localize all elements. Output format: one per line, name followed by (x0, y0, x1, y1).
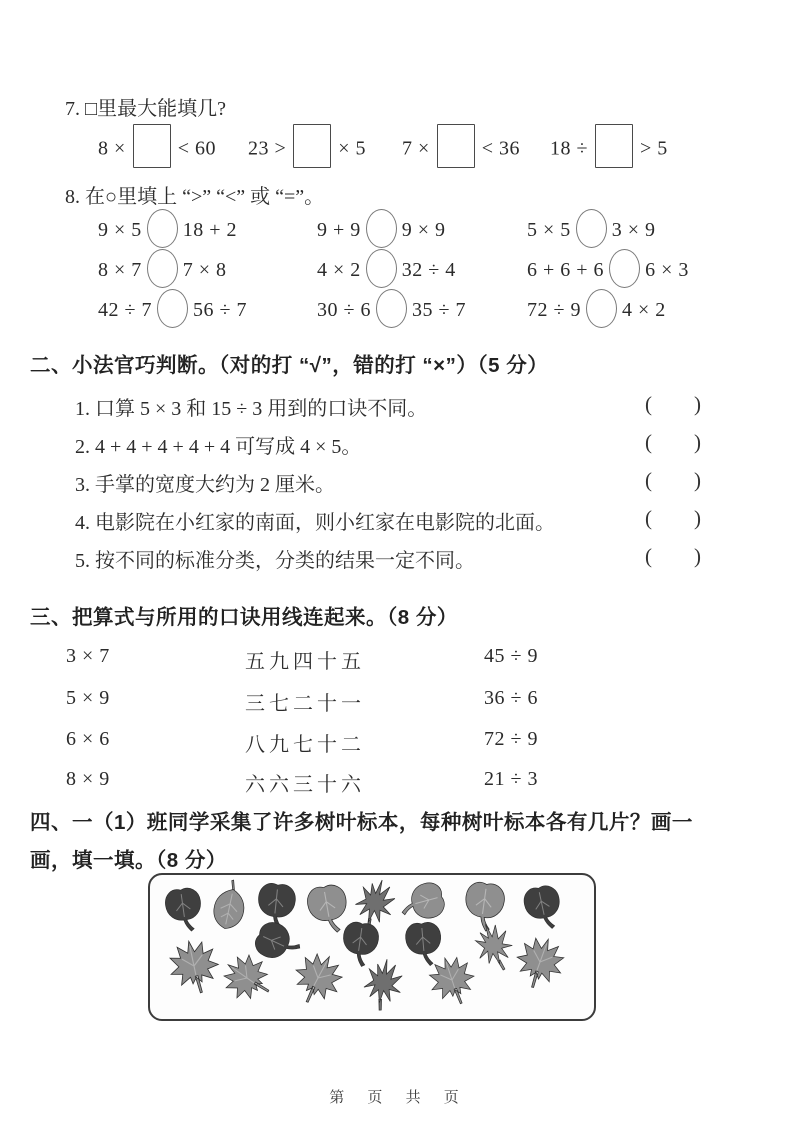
expression-left: 4 × 2 (317, 259, 361, 281)
leaf-heart-icon (305, 883, 351, 936)
match-expression[interactable]: 45 ÷ 9 (484, 645, 538, 668)
expression-right: 4 × 2 (622, 299, 666, 321)
page-footer: 第 页 共 页 (0, 1086, 793, 1107)
leaf-maple-icon (165, 936, 223, 998)
expression-left: 9 + 9 (317, 219, 361, 241)
expression-right: < 36 (482, 138, 520, 160)
bracket-slot[interactable]: () (645, 544, 701, 569)
question-7-title: 7. □里最大能填几? (65, 92, 226, 121)
expression-right: 35 ÷ 7 (412, 299, 466, 321)
leaf-heart-icon (404, 921, 443, 967)
section-4-title-line2: 画，填一填。（8 分） (30, 843, 227, 873)
comparison-cell: 9 + 99 × 9 (317, 212, 446, 251)
match-expression[interactable]: 8 × 9 (66, 768, 110, 791)
expression-right: 3 × 9 (612, 219, 656, 241)
bracket-slot[interactable]: () (645, 392, 701, 417)
match-expression[interactable]: 3 × 7 (66, 645, 110, 668)
bracket-slot[interactable]: () (645, 506, 701, 531)
match-expression[interactable]: 36 ÷ 6 (484, 687, 538, 710)
bracket-close: ) (694, 392, 701, 417)
leaf-box (148, 873, 596, 1021)
leaf-heart-icon (396, 880, 447, 925)
match-mnemonic[interactable]: 八九七十二 (245, 728, 365, 757)
expression-right: 32 ÷ 4 (402, 259, 456, 281)
expression-left: 23 > (248, 138, 286, 160)
question-7-row: 8 ×< 60 23 >× 5 7 ×< 36 18 ÷> 5 (0, 128, 793, 176)
answer-box-input[interactable] (437, 124, 475, 168)
circle-input[interactable] (147, 249, 178, 288)
comparison-cell: 9 × 518 + 2 (98, 212, 237, 251)
section-3-title: 三、把算式与所用的口诀用线连起来。（8 分） (30, 600, 458, 630)
leaf-heart-icon (462, 881, 507, 933)
bracket-close: ) (694, 544, 701, 569)
leaf-maple-icon (509, 931, 570, 994)
section-4-title-line1: 四、一（1）班同学采集了许多树叶标本，每种树叶标本各有几片？画一 (30, 805, 693, 835)
fill-max-item: 18 ÷> 5 (550, 128, 668, 172)
circle-input[interactable] (366, 249, 397, 288)
bracket-close: ) (694, 468, 701, 493)
section-2-title: 二、小法官巧判断。（对的打 “√”，错的打 “×”）（5 分） (30, 348, 548, 378)
bracket-slot[interactable]: () (645, 430, 701, 455)
bracket-close: ) (694, 506, 701, 531)
expression-right: 18 + 2 (183, 219, 237, 241)
judgment-item: 1. 口算 5 × 3 和 15 ÷ 3 用到的口诀不同。 (75, 392, 427, 421)
match-expression[interactable]: 21 ÷ 3 (484, 768, 538, 791)
judgment-item: 4. 电影院在小红家的南面，则小红家在电影院的北面。 (75, 506, 555, 535)
comparison-cell: 72 ÷ 94 × 2 (527, 292, 666, 331)
circle-input[interactable] (576, 209, 607, 248)
expression-left: 7 × (402, 138, 430, 160)
comparison-cell: 30 ÷ 635 ÷ 7 (317, 292, 466, 331)
comparison-cell: 4 × 232 ÷ 4 (317, 252, 456, 291)
expression-right: 56 ÷ 7 (193, 299, 247, 321)
match-expression[interactable]: 5 × 9 (66, 687, 110, 710)
expression-left: 9 × 5 (98, 219, 142, 241)
fill-max-item: 8 ×< 60 (98, 128, 216, 172)
match-expression[interactable]: 72 ÷ 9 (484, 728, 538, 751)
judgment-item: 5. 按不同的标准分类，分类的结果一定不同。 (75, 544, 475, 573)
bracket-open: ( (645, 430, 652, 455)
bracket-slot[interactable]: () (645, 468, 701, 493)
bracket-open: ( (645, 544, 652, 569)
comparison-cell: 8 × 77 × 8 (98, 252, 227, 291)
circle-input[interactable] (366, 209, 397, 248)
fill-max-item: 7 ×< 36 (402, 128, 520, 172)
leaf-heart-icon (164, 887, 205, 935)
expression-right: 9 × 9 (402, 219, 446, 241)
expression-right: 7 × 8 (183, 259, 227, 281)
answer-box-input[interactable] (293, 124, 331, 168)
bracket-open: ( (645, 506, 652, 531)
circle-input[interactable] (147, 209, 178, 248)
match-mnemonic[interactable]: 五九四十五 (245, 645, 365, 674)
expression-right: < 60 (178, 138, 216, 160)
leaf-canvas (150, 875, 594, 1019)
comparison-cell: 42 ÷ 756 ÷ 7 (98, 292, 247, 331)
match-row: 8 × 9 六六三十六 21 ÷ 3 (0, 768, 793, 796)
expression-left: 72 ÷ 9 (527, 299, 581, 321)
question-8-title: 8. 在○里填上 “>” “<” 或 “=”。 (65, 180, 324, 209)
leaf-birch-icon (210, 877, 249, 931)
match-row: 6 × 6 八九七十二 72 ÷ 9 (0, 728, 793, 756)
judgment-item: 2. 4 + 4 + 4 + 4 + 4 可写成 4 × 5。 (75, 430, 361, 459)
comparison-cell: 6 + 6 + 66 × 3 (527, 252, 689, 291)
leaf-spiky-icon (360, 956, 405, 1013)
expression-left: 30 ÷ 6 (317, 299, 371, 321)
judgment-item: 3. 手掌的宽度大约为 2 厘米。 (75, 468, 335, 497)
expression-left: 8 × (98, 138, 126, 160)
expression-right: × 5 (338, 138, 366, 160)
answer-box-input[interactable] (133, 124, 171, 168)
bracket-close: ) (694, 430, 701, 455)
circle-input[interactable] (157, 289, 188, 328)
fill-max-item: 23 >× 5 (248, 128, 366, 172)
comparison-cell: 5 × 53 × 9 (527, 212, 656, 251)
expression-left: 5 × 5 (527, 219, 571, 241)
leaf-maple-icon (285, 946, 350, 1012)
expression-left: 42 ÷ 7 (98, 299, 152, 321)
match-mnemonic[interactable]: 六六三十六 (245, 768, 365, 797)
circle-input[interactable] (609, 249, 640, 288)
leaf-spiky-icon (470, 918, 520, 976)
expression-right: > 5 (640, 138, 668, 160)
match-mnemonic[interactable]: 三七二十一 (245, 687, 365, 716)
expression-left: 18 ÷ (550, 138, 588, 160)
bracket-open: ( (645, 392, 652, 417)
worksheet-page: 7. □里最大能填几? 8 ×< 60 23 >× 5 7 ×< 36 18 ÷… (0, 0, 793, 1122)
leaf-heart-icon (522, 884, 565, 933)
expression-right: 6 × 3 (645, 259, 689, 281)
expression-left: 6 + 6 + 6 (527, 259, 604, 281)
answer-box-input[interactable] (595, 124, 633, 168)
circle-input[interactable] (376, 289, 407, 328)
leaf-heart-icon (251, 918, 305, 968)
match-row: 3 × 7 五九四十五 45 ÷ 9 (0, 645, 793, 673)
match-row: 5 × 9 三七二十一 36 ÷ 6 (0, 687, 793, 715)
match-expression[interactable]: 6 × 6 (66, 728, 110, 751)
circle-input[interactable] (586, 289, 617, 328)
leaf-maple-icon (424, 951, 481, 1011)
leaf-heart-icon (340, 921, 381, 969)
bracket-open: ( (645, 468, 652, 493)
expression-left: 8 × 7 (98, 259, 142, 281)
